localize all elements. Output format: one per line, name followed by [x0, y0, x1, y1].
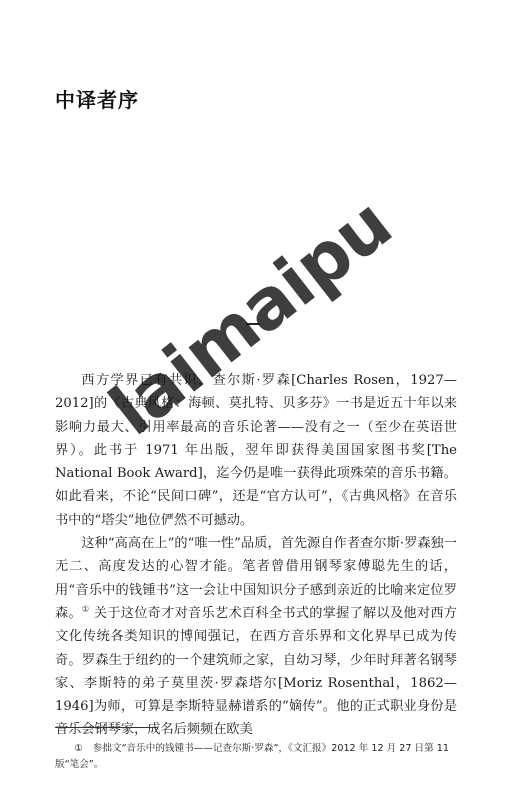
footnote-divider	[55, 727, 157, 728]
paragraph-2-text-continued: 关于这位奇才对音乐艺术百科全书式的掌握了解以及他对西方文化传统各类知识的博闻强记…	[55, 606, 457, 737]
footnote-1-mark: ①	[74, 743, 83, 754]
footnote-1: ①参拙文“音乐中的钱锺书——记查尔斯·罗森”，《文汇报》2012 年 12 月 …	[55, 741, 457, 773]
footnote-1-text: 参拙文“音乐中的钱锺书——记查尔斯·罗森”，《文汇报》2012 年 12 月 2…	[55, 743, 449, 770]
book-page: 中译者序 西方学界已有共识，查尔斯·罗森[Charles Rosen，1927—…	[0, 0, 510, 811]
paragraph-1: 西方学界已有共识，查尔斯·罗森[Charles Rosen，1927—2012]…	[55, 369, 457, 532]
body-text: 西方学界已有共识，查尔斯·罗森[Charles Rosen，1927—2012]…	[55, 369, 457, 742]
footnotes: ①参拙文“音乐中的钱锺书——记查尔斯·罗森”，《文汇报》2012 年 12 月 …	[55, 741, 457, 773]
chapter-title: 中译者序	[55, 84, 139, 113]
section-marker-one	[246, 323, 260, 325]
paragraph-2: 这种“高高在上”的“唯一性”品质，首先源自作者查尔斯·罗森独一无二、高度发达的心…	[55, 532, 457, 742]
paragraph-1-text: 西方学界已有共识，查尔斯·罗森[Charles Rosen，1927—2012]…	[55, 373, 457, 528]
